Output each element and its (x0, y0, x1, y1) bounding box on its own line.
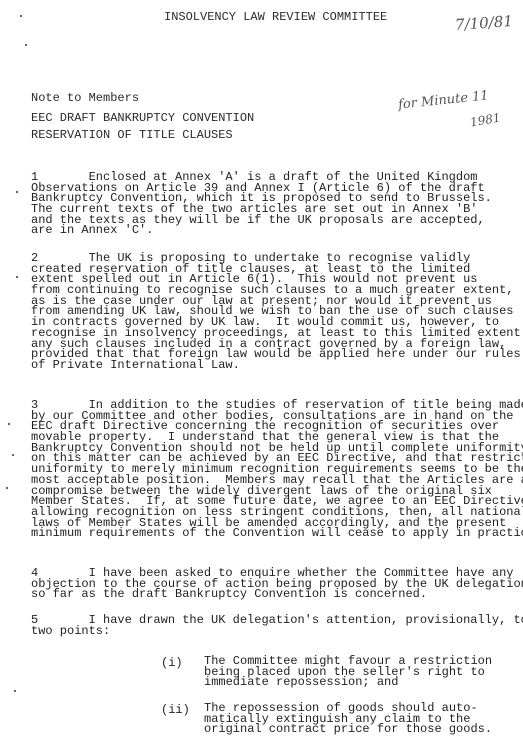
scan-speckle (25, 44, 27, 46)
document-title: INSOLVENCY LAW REVIEW COMMITTEE (164, 12, 387, 23)
sub-point-line: immediate repossession; and (204, 677, 492, 688)
paragraph-5: 5 I have drawn the UK delegation's atten… (31, 615, 523, 636)
scan-speckle (6, 487, 8, 489)
note-to-members: Note to Members (31, 93, 139, 104)
scan-speckle (16, 276, 18, 278)
paragraph-line: so far as the draft Bankruptcy Conventio… (31, 589, 523, 600)
paragraph-line: of Private International Law. (31, 360, 521, 371)
sub-point-line: original contract price for those goods. (204, 724, 492, 735)
heading-convention: EEC DRAFT BANKRUPTCY CONVENTION (31, 113, 254, 124)
paragraph-3: 3 In addition to the studies of reservat… (31, 400, 523, 539)
handwritten-annotation-line1: for Minute 11 (397, 88, 489, 112)
document-page: INSOLVENCY LAW REVIEW COMMITTEE 7/10/81 … (0, 0, 523, 737)
paragraph-line: minimum requirements of the Convention w… (31, 528, 523, 539)
scan-speckle (14, 690, 16, 692)
sub-point-label: (ii) (161, 703, 190, 717)
sub-point-label: (i) (161, 656, 183, 670)
paragraph-1: 1 Enclosed at Annex 'A' is a draft of th… (31, 172, 492, 236)
handwritten-date: 7/10/81 (454, 12, 513, 34)
heading-reservation: RESERVATION OF TITLE CLAUSES (31, 130, 233, 141)
scan-speckle (8, 423, 10, 425)
paragraph-2: 2 The UK is proposing to undertake to re… (31, 253, 521, 371)
paragraph-4: 4 I have been asked to enquire whether t… (31, 568, 523, 600)
paragraph-line: are in Annex 'C'. (31, 225, 492, 236)
handwritten-annotation-line2: 1981 (469, 110, 502, 129)
scan-speckle (16, 191, 18, 193)
paragraph-line: two points: (31, 626, 523, 637)
scan-speckle (12, 454, 14, 456)
scan-speckle (20, 15, 22, 17)
sub-point-text: The Committee might favour a restriction… (204, 656, 492, 688)
sub-point-text: The repossession of goods should auto- m… (204, 703, 492, 735)
